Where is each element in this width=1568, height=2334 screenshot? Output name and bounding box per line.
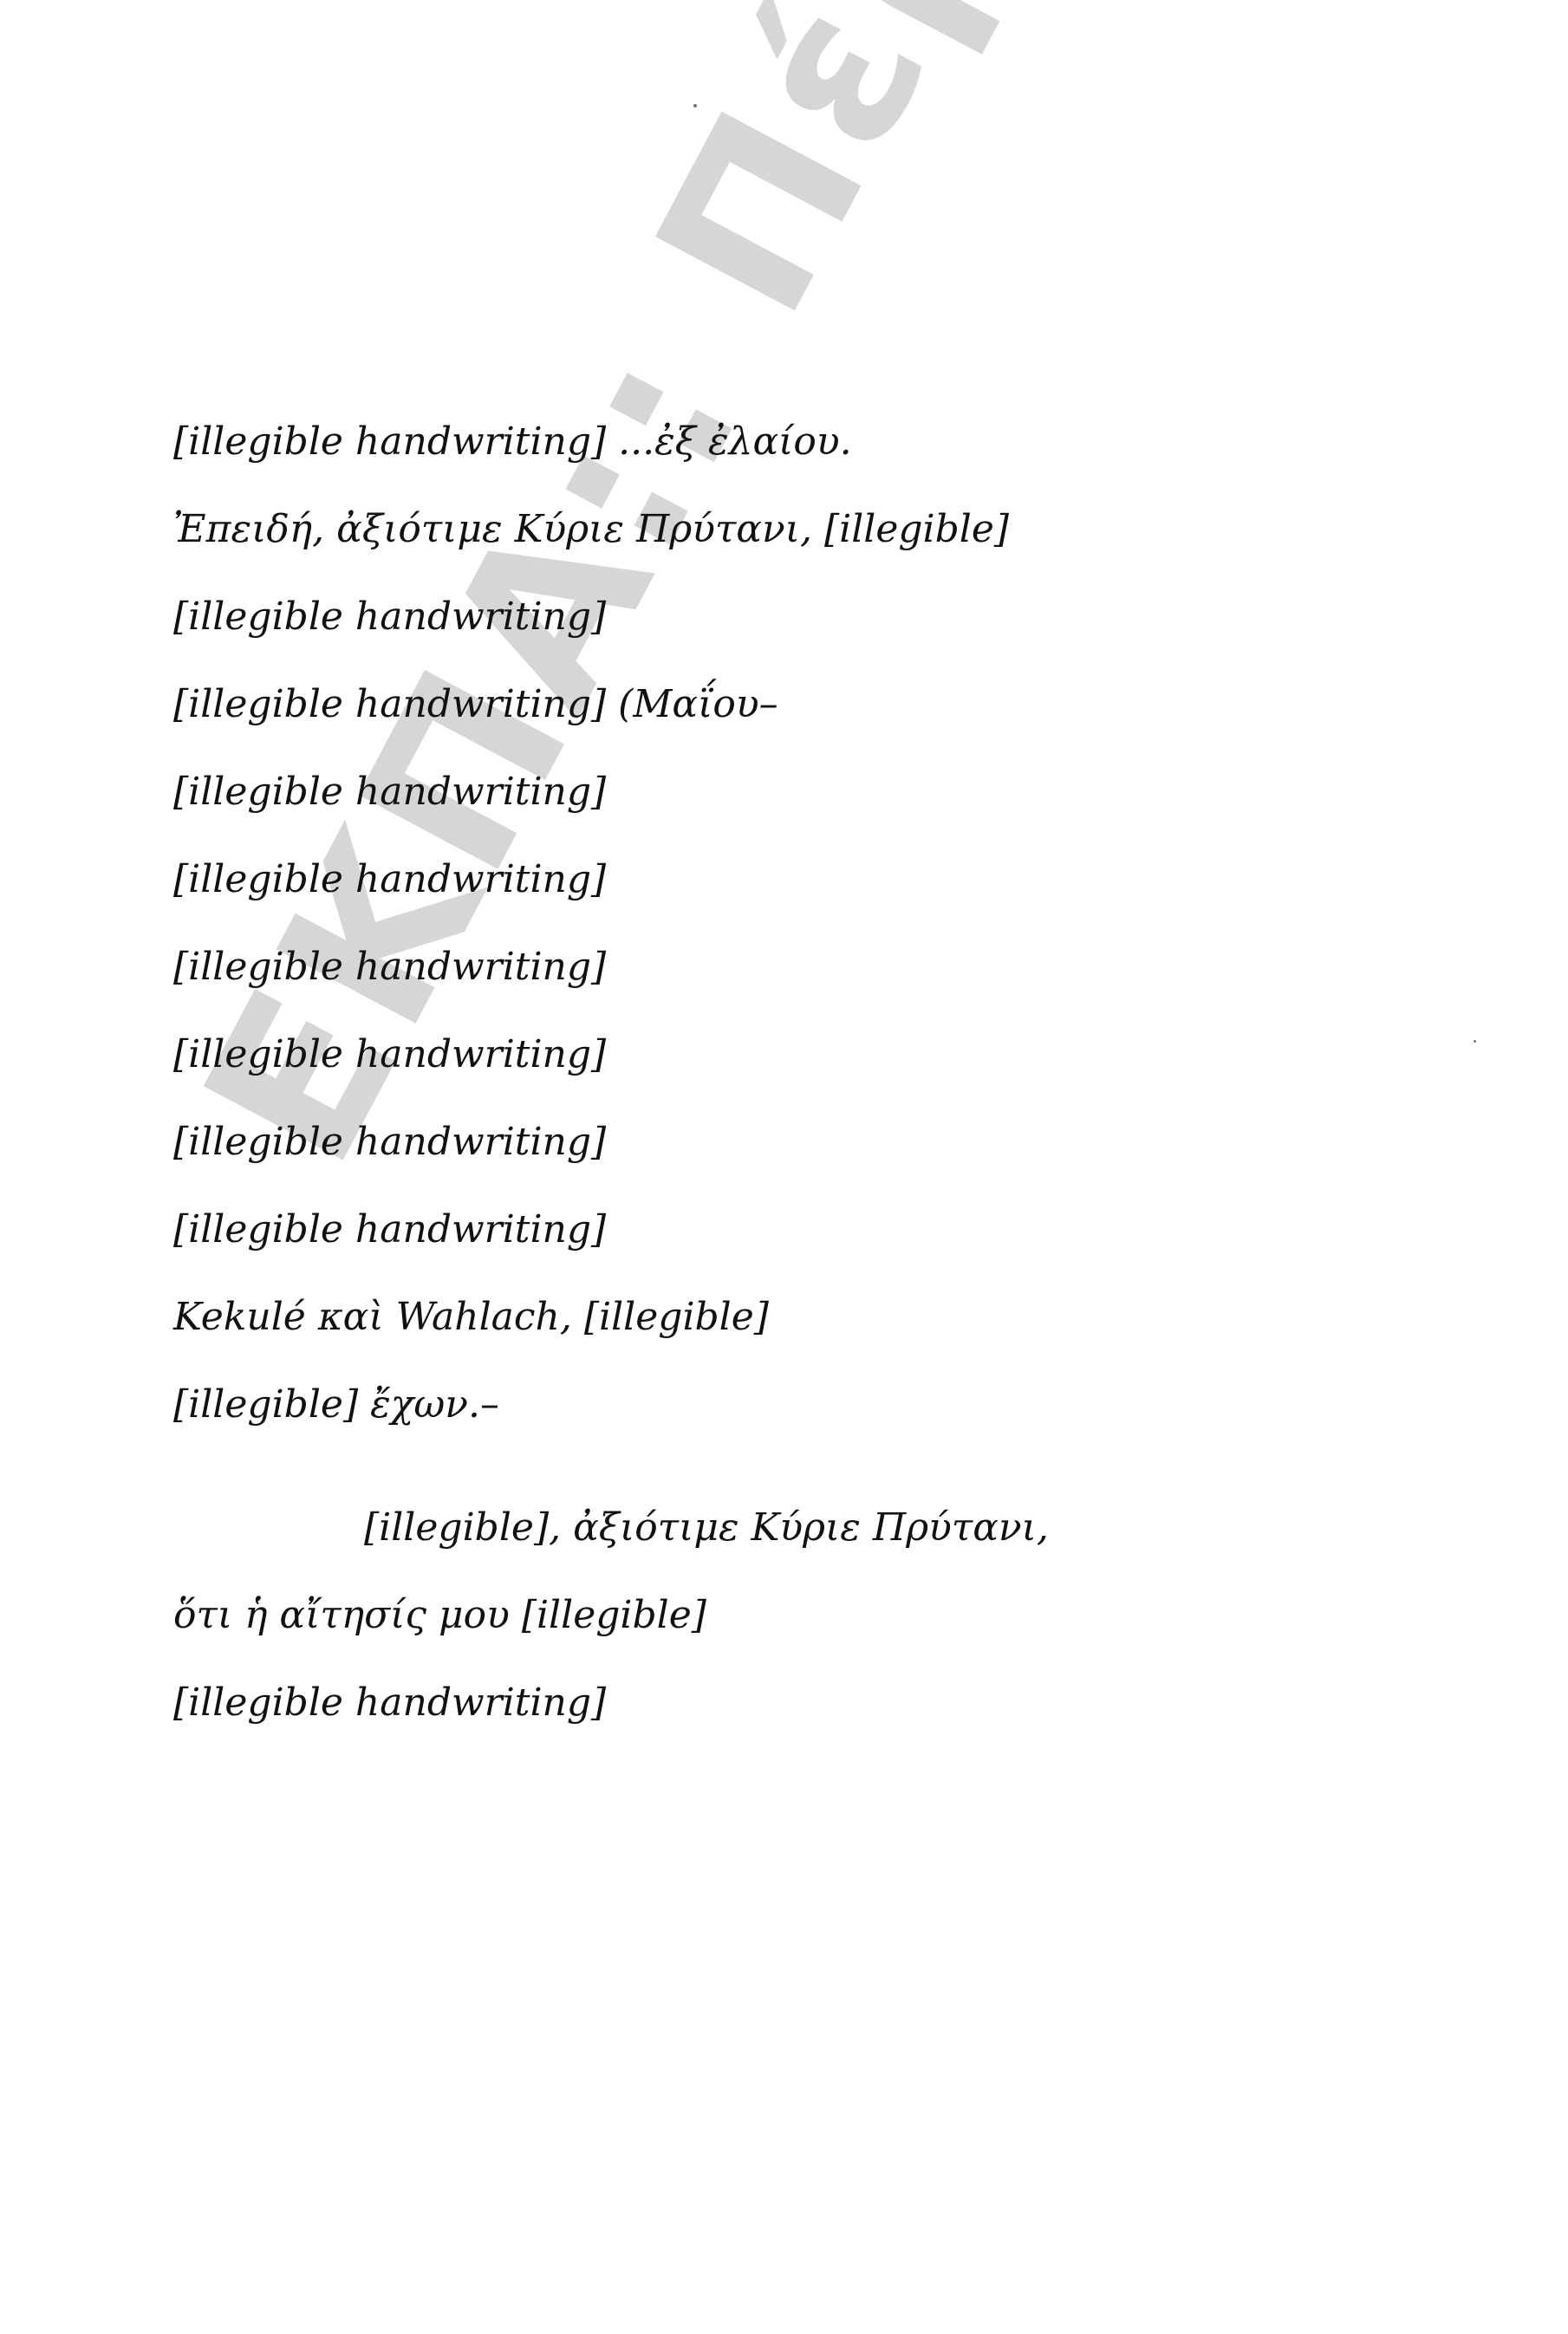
- manuscript-line: [173, 1449, 1430, 1485]
- scan-artifact: [693, 104, 697, 107]
- manuscript-line: [illegible handwriting]: [173, 574, 1430, 661]
- manuscript-line: [illegible handwriting]: [173, 1187, 1430, 1274]
- scanned-page: ΕΚΠΑ:: Πέργαμος [illegible handwriting] …: [0, 0, 1568, 2334]
- manuscript-line: [illegible handwriting] (Μαΐου–: [173, 661, 1430, 749]
- scan-artifact: [1474, 1040, 1476, 1043]
- manuscript-line: [illegible] ἔχων.–: [173, 1362, 1430, 1449]
- manuscript-line: ὅτι ἡ αἴτησίς μου [illegible]: [173, 1572, 1430, 1660]
- manuscript-line: Kekulé καὶ Wahlach, [illegible]: [173, 1274, 1430, 1362]
- manuscript-line: [illegible handwriting]: [173, 924, 1430, 1011]
- manuscript-line: [illegible handwriting]: [173, 749, 1430, 836]
- manuscript-line: [illegible handwriting]: [173, 836, 1430, 924]
- manuscript-line: [illegible], ἀξιότιμε Κύριε Πρύτανι,: [173, 1485, 1430, 1572]
- manuscript-line: [illegible handwriting]: [173, 1660, 1430, 1747]
- manuscript-line: Ἐπειδή, ἀξιότιμε Κύριε Πρύτανι, [illegib…: [173, 486, 1430, 574]
- manuscript-line: [illegible handwriting] ...ἐξ ἐλαίου.: [173, 399, 1430, 486]
- manuscript-line: [illegible handwriting]: [173, 1011, 1430, 1099]
- manuscript-line: [illegible handwriting]: [173, 1099, 1430, 1187]
- handwritten-letter-body: [illegible handwriting] ...ἐξ ἐλαίου.Ἐπε…: [173, 399, 1430, 1747]
